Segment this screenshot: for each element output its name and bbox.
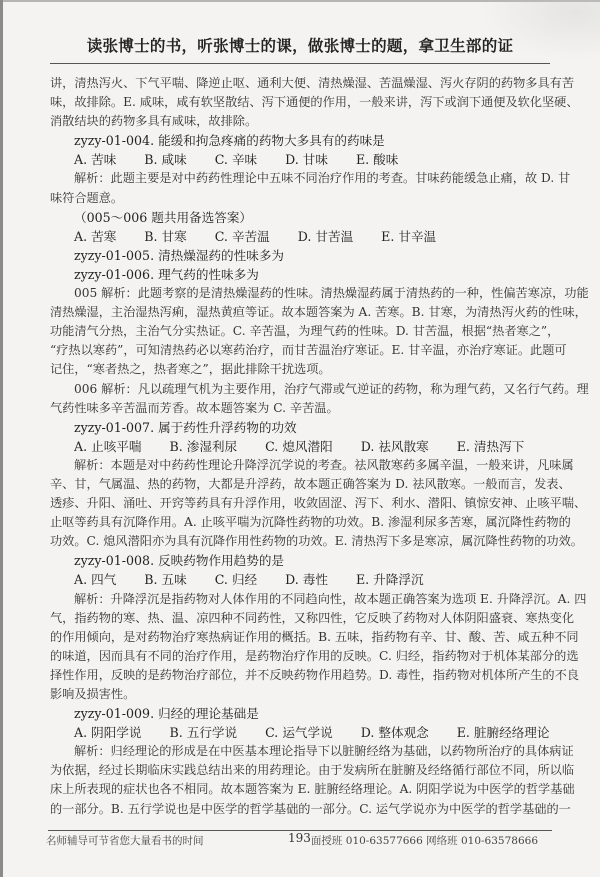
text-line: 功能清气分热，主治气分实热证。C. 辛苦温，为理气药的性味。D. 甘苦温，根据“… [50, 322, 552, 341]
answer-option: C. 运气学说 [265, 723, 333, 742]
answer-options: A. 四气B. 五味C. 归经D. 毒性E. 升降浮沉 [50, 570, 552, 589]
page-number: 193 [288, 831, 311, 845]
question-stem: zyzy-01-005. 清热燥湿药的性味多为 [50, 246, 552, 265]
text-line: 辛、甘，气属温、热的药物，大都是升浮药，故本题正确答案为 D. 祛风散寒。一般而… [50, 475, 552, 494]
text-line: 005 解析：此题考察的是清热燥湿药的性味。清热燥湿药属于清热药的一种，性偏苦寒… [50, 284, 552, 303]
question-stem: zyzy-01-006. 理气药的性味多为 [50, 265, 552, 284]
answer-option: B. 渗湿利尿 [169, 437, 237, 456]
text-line: 的一部分。B. 五行学说也是中医学的哲学基础的一部分。C. 运气学说亦为中医学的… [50, 800, 552, 819]
answer-option: E. 酸味 [356, 150, 398, 169]
text-line: 味，故排除。E. 咸味，咸有软坚散结、泻下通便的作用，一般来讲，泻下或润下通便及… [50, 93, 552, 112]
text-line: 止呕等药具有沉降作用。A. 止咳平喘为沉降性药物的功效。B. 渗湿利尿多苦寒，属… [50, 513, 552, 532]
question-stem: zyzy-01-007. 属于药性升浮药物的功效 [50, 418, 552, 437]
answer-options: A. 阴阳学说B. 五行学说C. 运气学说D. 整体观念E. 脏腑经络理论 [50, 723, 552, 742]
answer-option: B. 甘寒 [144, 227, 186, 246]
question-stem: zyzy-01-008. 反映药物作用趋势的是 [50, 551, 552, 570]
question-stem: zyzy-01-004. 能缓和拘急疼痛的药物大多具有的药味是 [50, 131, 552, 150]
text-line: 006 解析：凡以疏理气机为主要作用，治疗气滞或气逆证的药物，称为理气药，又名行… [50, 380, 552, 399]
answer-option: E. 脏腑经络理论 [457, 723, 550, 742]
footer-slogan: 名师辅导可节省您大量看书的时间 [46, 833, 204, 848]
answer-option: E. 甘辛温 [381, 227, 436, 246]
question-stem: （005～006 题共用备选答案） [50, 208, 552, 227]
text-line: 择性作用，反映的是药物治疗部位，并不反映药物作用趋势。D. 毒性，指药物对机体所… [50, 666, 552, 685]
text-line: 解析：此题主要是对中药药性理论中五味不同治疗作用的考查。甘味药能缓急止痛，故 D… [50, 169, 552, 188]
text-line: 的作用倾向，是对药物治疗寒热病证作用的概括。B. 五味，指药物有辛、甘、酸、苦、… [50, 628, 552, 647]
answer-options: A. 止咳平喘B. 渗湿利尿C. 熄风潜阳D. 祛风散寒E. 清热泻下 [50, 437, 552, 456]
answer-options: A. 苦味B. 咸味C. 辛味D. 甘味E. 酸味 [50, 150, 552, 169]
answer-option: E. 升降浮沉 [356, 570, 424, 589]
text-line: 为依据，经过长期临床实践总结出来的用药理论。由于发病所在脏腑及经络循行部位不同，… [50, 761, 552, 780]
header-divider [50, 63, 550, 64]
answer-options: A. 苦寒B. 甘寒C. 辛苦温D. 甘苦温E. 甘辛温 [50, 227, 552, 246]
text-line: 讲，清热泻火、下气平喘、降逆止呕、通利大便、清热燥湿、苦温燥湿、泻火存阴的药物多… [50, 74, 552, 93]
scan-left-edge [0, 0, 3, 877]
answer-option: B. 五味 [144, 570, 186, 589]
answer-option: D. 毒性 [285, 570, 328, 589]
answer-option: D. 甘苦温 [298, 227, 353, 246]
text-line: 解析：升降浮沉是指药物对人体作用的不同趋向性，故本题正确答案为选项 E. 升降浮… [50, 590, 552, 609]
question-stem: zyzy-01-009. 归经的理论基础是 [50, 704, 552, 723]
text-line: 气，指药物的寒、热、温、凉四种不同药性，又称四性，它反映了药物对人体阴阳盛衰、寒… [50, 609, 552, 628]
answer-option: A. 苦寒 [74, 227, 116, 246]
text-line: 解析：本题是对中药药性理论升降浮沉学说的考查。祛风散寒药多属辛温，一般来讲，凡味… [50, 456, 552, 475]
answer-option: A. 四气 [74, 570, 116, 589]
page-body: 讲，清热泻火、下气平喘、降逆止呕、通利大便、清热燥湿、苦温燥湿、泻火存阴的药物多… [50, 74, 552, 819]
text-line: “疗热以寒药”，可知清热药必以寒药治疗，而甘苦温治疗寒证。E. 甘辛温，亦治疗寒… [50, 341, 552, 360]
running-header: 读张博士的书，听张博士的课，做张博士的题，拿卫生部的证 [0, 34, 600, 56]
text-line: 透疹、升阳、涌吐、开窍等药具有升浮作用，收敛固涩、泻下、利水、潜阳、镇惊安神、止… [50, 494, 552, 513]
text-line: 清热燥湿，主治湿热泻痢，湿热黄疸等证。故本题答案为 A. 苦寒。B. 甘寒，为清… [50, 303, 552, 322]
answer-option: A. 阴阳学说 [74, 723, 141, 742]
text-line: 的味道，因而具有不同的治疗作用，是药物治疗作用的反映。C. 归经，指药物对于机体… [50, 647, 552, 666]
text-line: 味符合题意。 [50, 189, 552, 208]
answer-option: C. 辛味 [215, 150, 257, 169]
text-line: 影响及损害性。 [50, 685, 552, 704]
answer-option: D. 祛风散寒 [361, 437, 429, 456]
footer-contact: 面授班 010-63577666 网络班 010-63578666 [311, 833, 538, 848]
answer-option: C. 熄风潜阳 [265, 437, 333, 456]
answer-option: A. 苦味 [74, 150, 116, 169]
answer-option: B. 五行学说 [169, 723, 237, 742]
answer-option: B. 咸味 [144, 150, 186, 169]
answer-option: D. 甘味 [285, 150, 328, 169]
answer-option: C. 辛苦温 [215, 227, 270, 246]
text-line: 气药性味多辛苦温而芳香。故本题答案为 C. 辛苦温。 [50, 399, 552, 418]
answer-option: C. 归经 [215, 570, 257, 589]
answer-option: E. 清热泻下 [457, 437, 525, 456]
answer-option: A. 止咳平喘 [74, 437, 141, 456]
text-line: 消散结块的药物多具有咸味，故排除。 [50, 112, 552, 131]
text-line: 解析：归经理论的形成是在中医基本理论指导下以脏腑经络为基础，以药物所治疗的具体病… [50, 742, 552, 761]
text-line: 床上所表现的症状也各不相同。故本题答案为 E. 脏腑经络理论。A. 阴阳学说为中… [50, 780, 552, 799]
text-line: 功效。C. 熄风潜阳亦为具有沉降作用性药物的功效。E. 清热泻下多是寒凉，属沉降… [50, 532, 552, 551]
text-line: 记住，“寒者热之，热者寒之”，据此排除干扰选项。 [50, 360, 552, 379]
answer-option: D. 整体观念 [361, 723, 429, 742]
